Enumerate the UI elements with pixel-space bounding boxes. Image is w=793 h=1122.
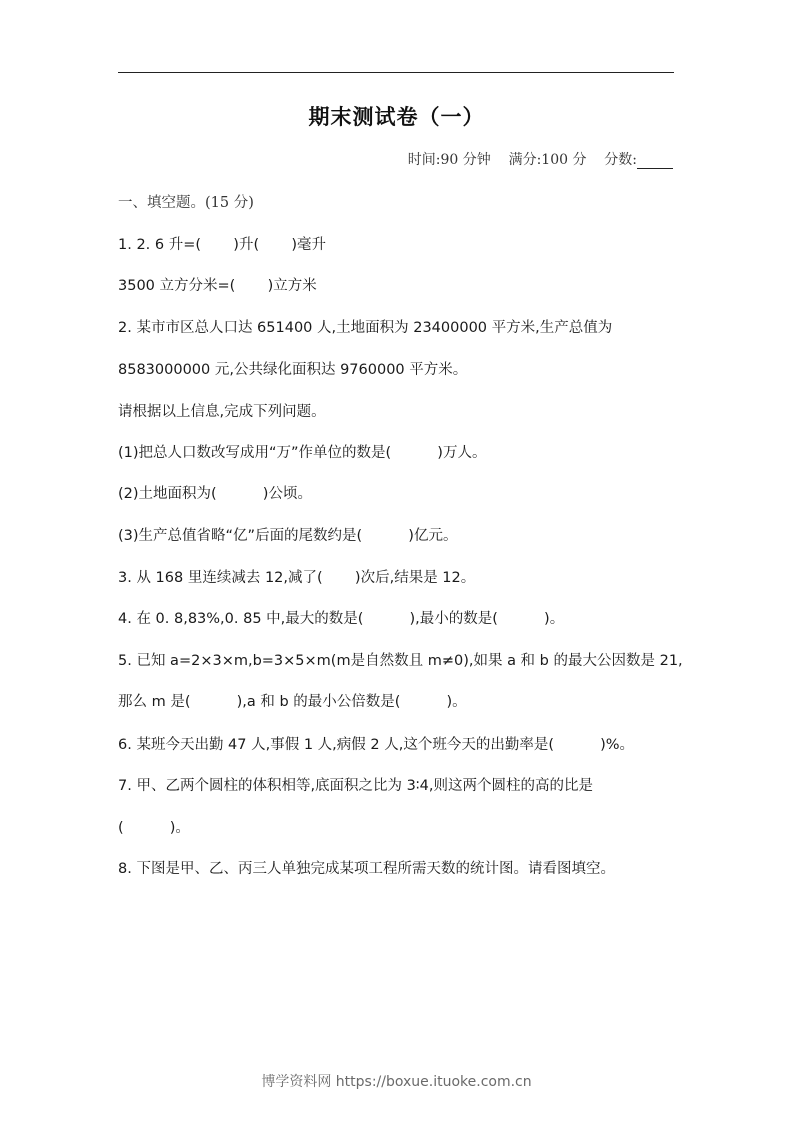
question-6: 6. 某班今天出勤 47 人,事假 1 人,病假 2 人,这个班今天的出勤率是(… [118,733,634,754]
score-blank[interactable] [637,154,673,169]
score-label: 分数: [604,152,637,168]
page-title: 期末测试卷（一） [0,101,793,131]
question-2-sub-3: (3)生产总值省略“亿”后面的尾数约是( )亿元。 [118,524,457,545]
footer-watermark: 博学资料网 https://boxue.ituoke.com.cn [0,1071,793,1091]
top-rule [118,72,674,73]
question-5-line-2: 那么 m 是( ),a 和 b 的最小公倍数是( )。 [118,690,467,711]
question-2-sub-1: (1)把总人口数改写成用“万”作单位的数是( )万人。 [118,441,486,462]
question-5-line-1: 5. 已知 a=2×3×m,b=3×5×m(m是自然数且 m≠0),如果 a 和… [118,649,683,670]
section-heading: 一、填空题。(15 分) [118,191,254,212]
question-8: 8. 下图是甲、乙、丙三人单独完成某项工程所需天数的统计图。请看图填空。 [118,857,615,878]
time-label: 时间:90 分钟 [408,152,491,168]
question-1-line-2: 3500 立方分米=( )立方米 [118,274,317,295]
full-score-label: 满分:100 分 [509,152,587,168]
question-1-line-1: 1. 2. 6 升=( )升( )毫升 [118,233,326,254]
question-2-sub-2: (2)土地面积为( )公顷。 [118,482,312,503]
question-4: 4. 在 0. 8,83%,0. 85 中,最大的数是( ),最小的数是( )。 [118,607,564,628]
question-2-line-1: 2. 某市市区总人口达 651400 人,土地面积为 23400000 平方米,… [118,316,612,337]
question-7-line-2: ( )。 [118,816,190,837]
question-2-line-3: 请根据以上信息,完成下列问题。 [118,400,326,421]
question-3: 3. 从 168 里连续减去 12,减了( )次后,结果是 12。 [118,566,475,587]
question-2-line-2: 8583000000 元,公共绿化面积达 9760000 平方米。 [118,358,467,379]
question-7-line-1: 7. 甲、乙两个圆柱的体积相等,底面积之比为 3∶4,则这两个圆柱的高的比是 [118,774,593,795]
exam-meta: 时间:90 分钟 满分:100 分 分数: [408,149,673,169]
